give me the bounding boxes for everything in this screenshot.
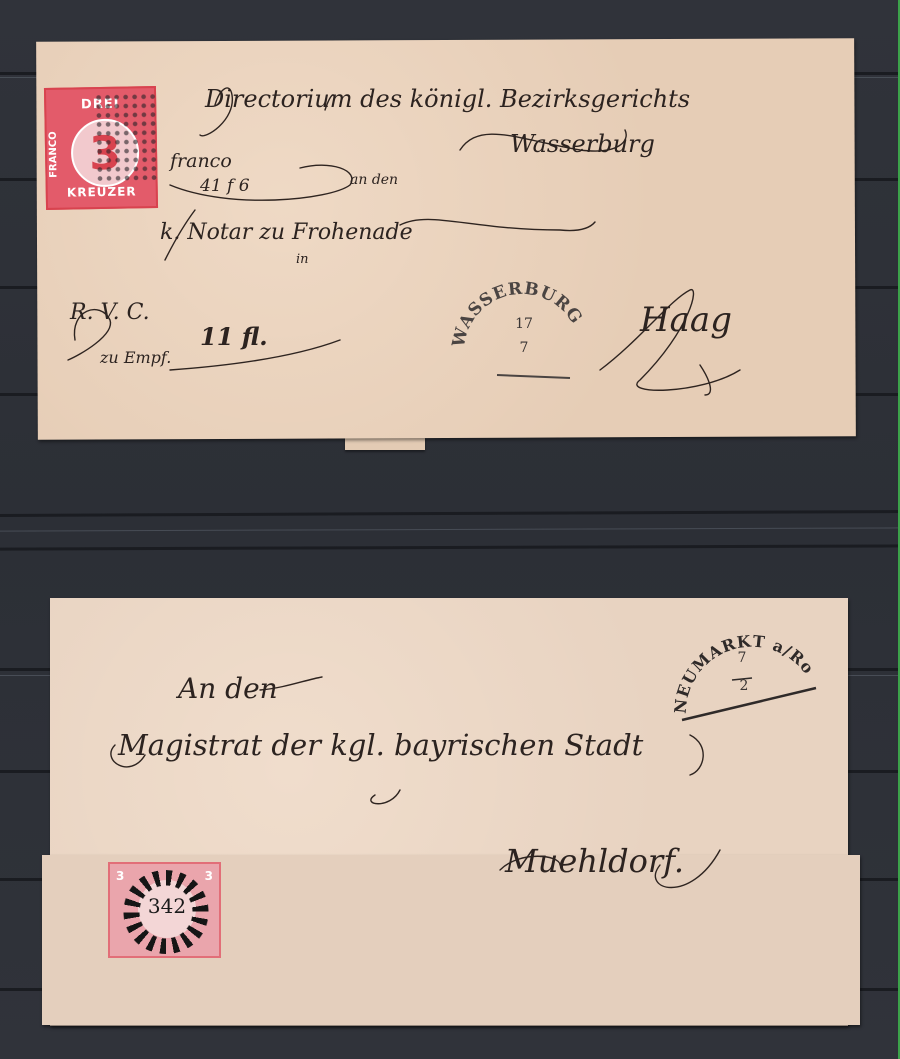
stock-strip-shine xyxy=(0,527,900,531)
address-line-2: Wasserburg xyxy=(510,130,655,158)
stamp-bottom-text: KREUZER xyxy=(48,184,156,200)
dotted-cancel-icon xyxy=(94,92,158,181)
annotation-amount: 11 fl. xyxy=(200,322,268,351)
annotation-number: 41 f 6 xyxy=(200,176,250,196)
postmark-month: 7 xyxy=(510,340,538,356)
postmark-month: 2 xyxy=(730,678,758,694)
address-line-2: Magistrat der kgl. bayrischen Stadt xyxy=(118,728,643,762)
address-line-5: in xyxy=(296,252,309,267)
postmark-day: 7 xyxy=(728,650,756,666)
stamp-three-kreuzer-numeral-cancel: 3 3 342 xyxy=(108,862,221,958)
stamp-corner-numeral: 3 xyxy=(116,869,124,883)
address-line-6: Haag xyxy=(640,300,732,340)
cancel-number: 342 xyxy=(140,894,194,918)
postmark-day: 17 xyxy=(510,316,538,332)
postmark-wasserburg: WASSERBURG 17 7 xyxy=(452,280,602,380)
stamp-side-text: FRANCO xyxy=(48,120,63,190)
stamp-drei-kreuzer: DREI FRANCO 3 KREUZER xyxy=(44,86,158,210)
address-line-1: Directorium des königl. Bezirksgerichts xyxy=(205,85,690,113)
stamp-corner-numeral: 3 xyxy=(205,869,213,883)
address-line-4: k. Notar zu Frohenade xyxy=(160,220,413,245)
address-line-1: An den xyxy=(178,672,278,705)
postmark-arc-icon: NEUMARKT a/Rott xyxy=(668,608,818,728)
annotation-reference: R. V. C. xyxy=(70,300,150,325)
stock-strip-divider xyxy=(0,510,900,517)
annotation-franco: franco xyxy=(170,150,232,172)
stock-strip-divider xyxy=(0,544,900,550)
address-line-3: an den xyxy=(350,172,398,188)
postmark-neumarkt: NEUMARKT a/Rott 7 2 xyxy=(668,608,818,728)
address-line-3: Muehldorf. xyxy=(505,842,684,880)
annotation-note: zu Empf. xyxy=(100,348,171,367)
